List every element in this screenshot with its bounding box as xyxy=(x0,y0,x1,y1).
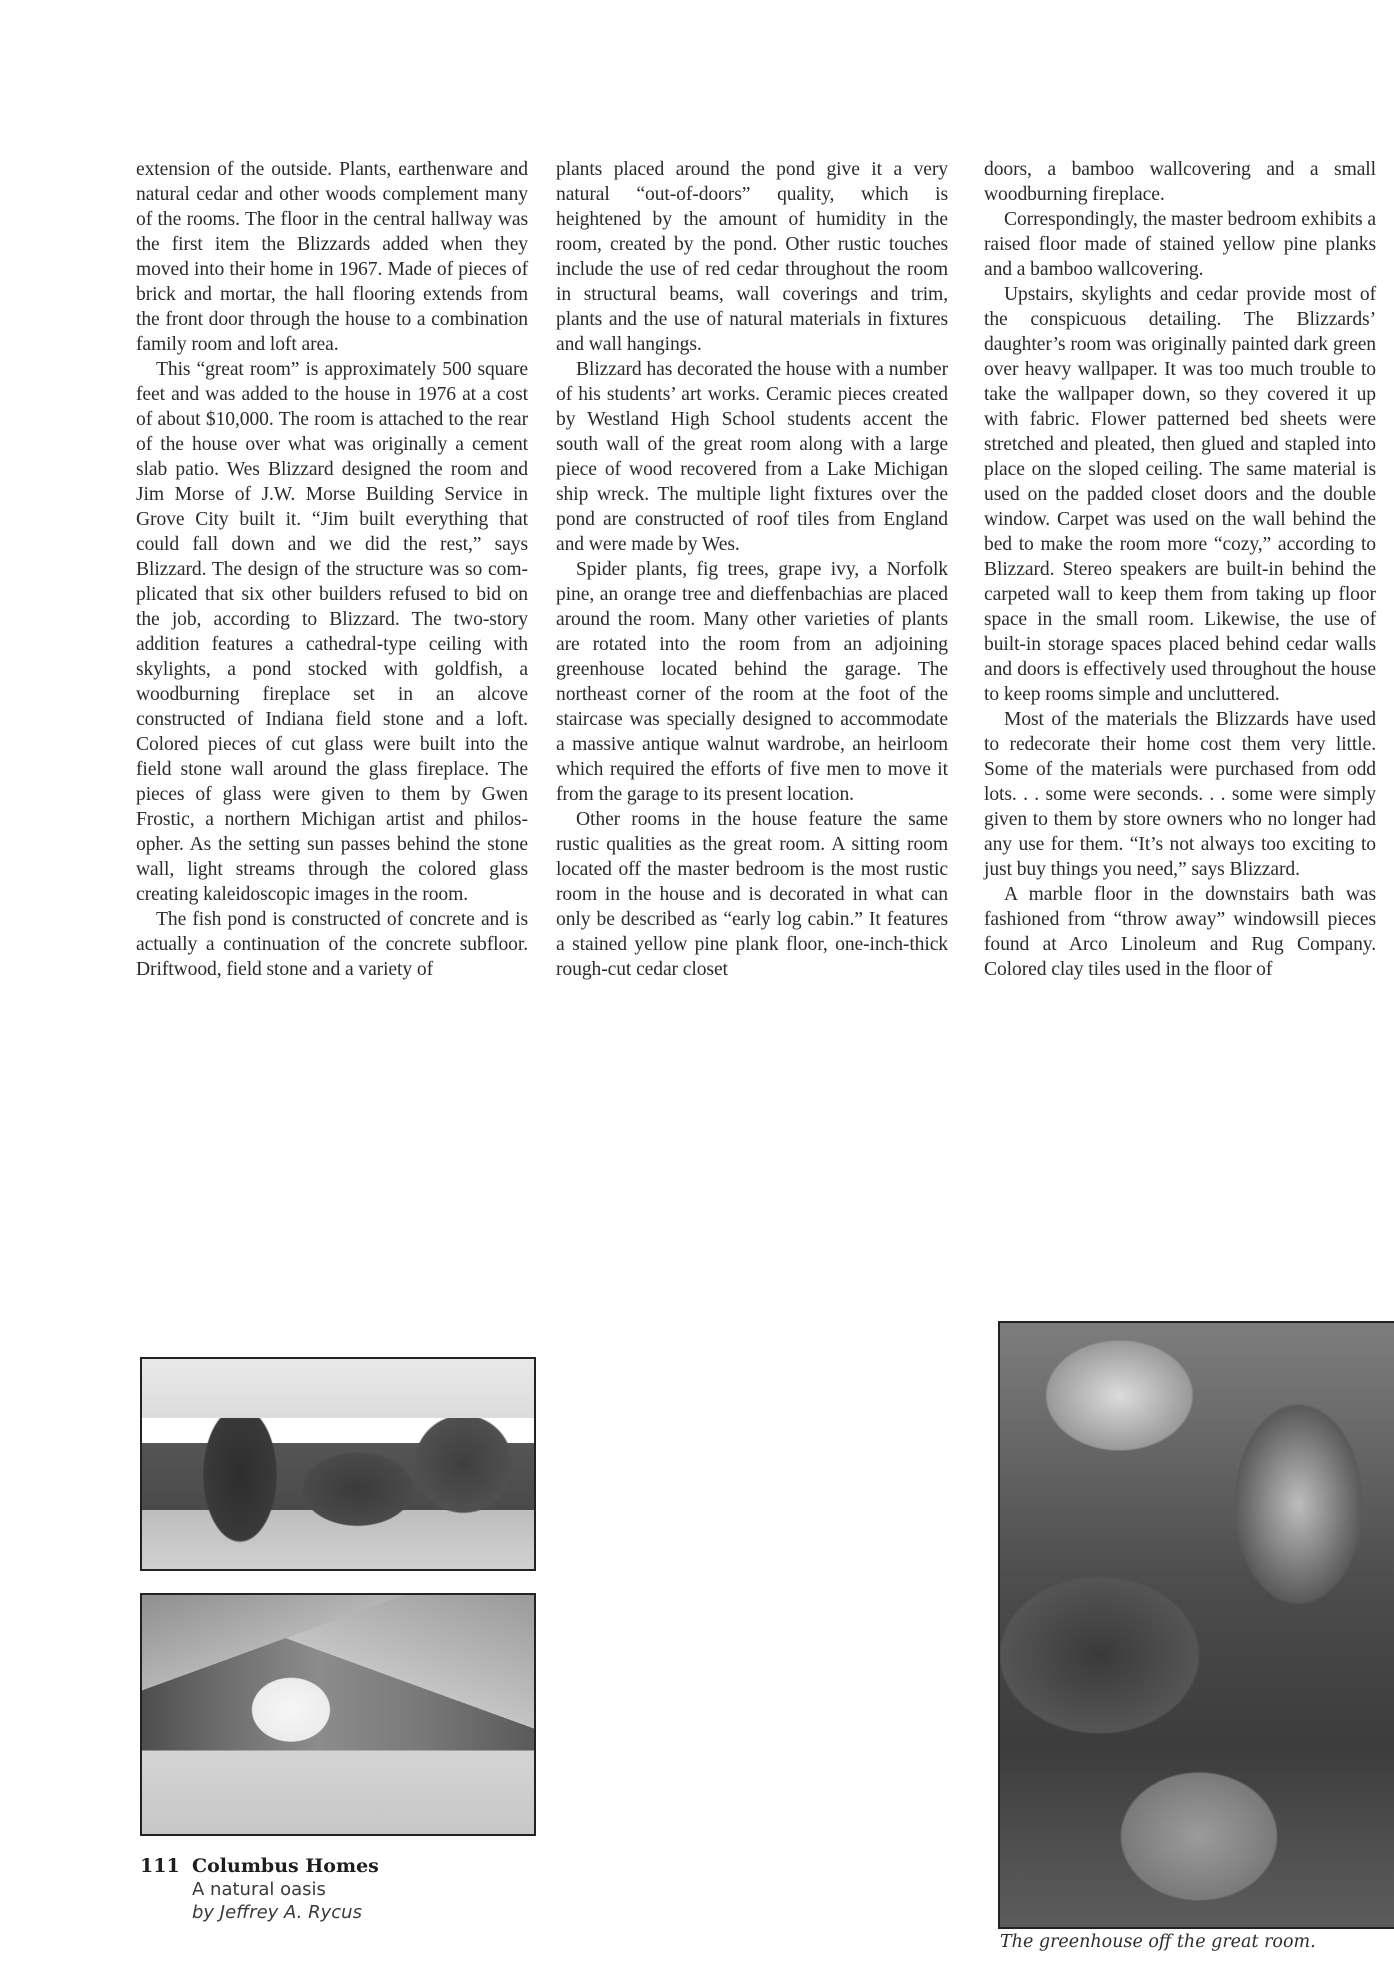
paragraph: This “great room” is approximate­ly 500 … xyxy=(136,357,528,907)
article-column-3: doors, a bamboo wallcovering and a small… xyxy=(984,157,1376,982)
house-exterior-photo xyxy=(140,1357,536,1571)
byline: by Jeffrey A. Rycus xyxy=(192,1902,362,1923)
page-number: 111 xyxy=(140,1855,180,1877)
paragraph: The fish pond is constructed of concrete… xyxy=(136,907,528,982)
paragraph: Blizzard has decorated the house with a … xyxy=(556,357,948,557)
article-title: A natural oasis xyxy=(192,1879,326,1900)
paragraph: Other rooms in the house feature the sam… xyxy=(556,807,948,982)
paragraph: Upstairs, skylights and cedar pro­vide m… xyxy=(984,282,1376,707)
paragraph: extension of the outside. Plants, earthe… xyxy=(136,157,528,357)
attic-bedroom-photo xyxy=(140,1593,536,1836)
paragraph: Spider plants, fig trees, grape ivy, a N… xyxy=(556,557,948,807)
paragraph: Correspondingly, the master bed­room exh… xyxy=(984,207,1376,282)
photo-caption: The greenhouse off the great room. xyxy=(1000,1932,1316,1952)
greenhouse-photo xyxy=(998,1321,1394,1929)
paragraph: A marble floor in the downstairs bath wa… xyxy=(984,882,1376,982)
paragraph: doors, a bamboo wallcovering and a small… xyxy=(984,157,1376,207)
magazine-title: Columbus Homes xyxy=(192,1855,379,1877)
article-column-1: extension of the outside. Plants, earthe… xyxy=(136,157,528,982)
article-column-2: plants placed around the pond give it a … xyxy=(556,157,948,982)
paragraph: Most of the materials the Bliz­zards hav… xyxy=(984,707,1376,882)
paragraph: plants placed around the pond give it a … xyxy=(556,157,948,357)
